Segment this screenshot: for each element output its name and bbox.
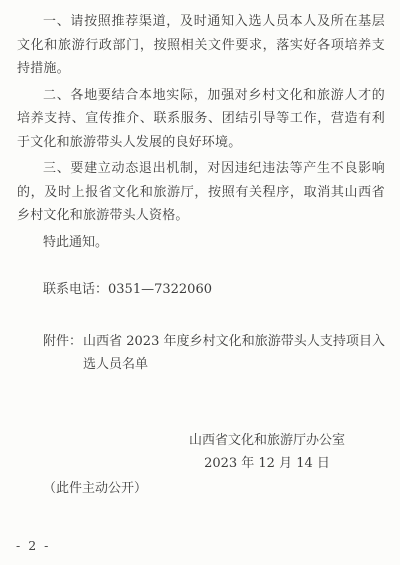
paragraph-3: 三、要建立动态退出机制，对因违纪违法等产生不良影响的，及时上报省文化和旅游厅，按…	[17, 157, 385, 228]
attachment-line: 附件： 山西省 2023 年度乡村文化和旅游带头人支持项目入选人员名单	[43, 330, 385, 377]
page-number: - 2 -	[16, 538, 50, 553]
paragraph-1: 一、请按照推荐渠道，及时通知入选人员本人及所在基层文化和旅游行政部门，按照相关文…	[17, 10, 385, 81]
signature-date: 2023 年 12 月 14 日	[189, 452, 345, 476]
contact-line: 联系电话：0351—7322060	[17, 278, 385, 302]
contact-phone: 0351—7322060	[108, 282, 212, 297]
document-page: 一、请按照推荐渠道，及时通知入选人员本人及所在基层文化和旅游行政部门，按照相关文…	[0, 0, 400, 565]
signature-office: 山西省文化和旅游厅办公室	[189, 429, 345, 453]
paragraph-2: 二、各地要结合本地实际，加强对乡村文化和旅游人才的培养支持、宣传推介、联系服务、…	[17, 84, 385, 155]
signature-block: 山西省文化和旅游厅办公室 2023 年 12 月 14 日	[189, 429, 345, 476]
attachment-label: 附件：	[43, 330, 82, 377]
contact-label: 联系电话：	[43, 282, 108, 297]
closing-line: 特此通知。	[17, 231, 385, 255]
attachment-title: 山西省 2023 年度乡村文化和旅游带头人支持项目入选人员名单	[83, 330, 385, 377]
disclosure-note: （此件主动公开）	[17, 477, 385, 501]
document-body: 一、请按照推荐渠道，及时通知入选人员本人及所在基层文化和旅游行政部门，按照相关文…	[17, 10, 385, 500]
